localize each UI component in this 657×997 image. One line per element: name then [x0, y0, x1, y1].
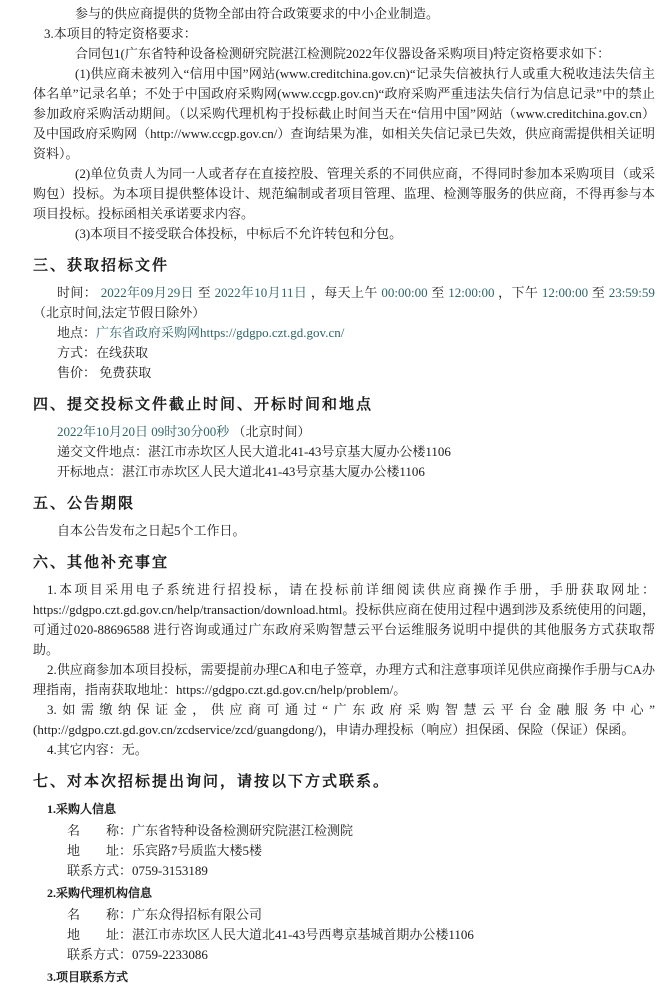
agency-name-value: 广东众得招标有限公司 — [132, 907, 262, 922]
section-title-inquiry-contacts: 七、对本次招标提出询问，请按以下方式联系。 — [33, 771, 655, 793]
obtain-place-value: 广东省政府采购网https://gdgpo.czt.gd.gov.cn/ — [96, 325, 344, 340]
phone-label: 联系方式： — [67, 947, 132, 962]
phone-label: 联系方式： — [67, 863, 132, 878]
obtain-price-line: 售价： 免费获取 — [33, 363, 655, 383]
submit-place-line: 递交文件地点：湛江市赤坎区人民大道北41-43号京基大厦办公楼1106 — [33, 442, 655, 462]
requirement-3-paragraph: (3)本项目不接受联合体投标，中标后不允许转包和分包。 — [33, 224, 655, 244]
purchaser-address-value: 乐宾路7号质监大楼5楼 — [132, 843, 262, 858]
am-end-time: 12:00:00 — [448, 285, 494, 300]
agency-phone-value: 0759-2233086 — [132, 947, 208, 962]
project-contact-heading: 3.项目联系方式 — [33, 967, 655, 987]
contract-package-line: 合同包1(广东省特种设备检测研究院湛江检测院2022年仪器设备采购项目)特定资格… — [33, 44, 655, 64]
time-label: 时间： — [57, 285, 101, 300]
name-label: 名 称： — [67, 907, 132, 922]
purchaser-phone-value: 0759-3153189 — [132, 863, 208, 878]
supplementary-item-3: 3.如需缴纳保证金，供应商可通过“广东政府采购智慧云平台金融服务中心”(http… — [33, 700, 655, 740]
purchaser-name-line: 名 称：广东省特种设备检测研究院湛江检测院 — [33, 821, 655, 841]
open-place-label: 开标地点： — [57, 464, 122, 479]
place-label: 地点： — [57, 325, 96, 340]
deadline-datetime: 2022年10月20日 09时30分00秒 — [57, 424, 229, 439]
requirement-1-paragraph: (1)供应商未被列入“信用中国”网站(www.creditchina.gov.c… — [33, 64, 655, 164]
section-title-supplementary-matters: 六、其他补充事宜 — [33, 552, 655, 574]
procurement-announcement-page: 参与的供应商提供的货物全部由符合政策要求的中小企业制造。 3.本项目的特定资格要… — [0, 0, 657, 997]
pm-end-time: 23:59:59 — [609, 285, 655, 300]
qualification-item-3: 3.本项目的特定资格要求： — [33, 24, 655, 44]
agency-address-value: 湛江市赤坎区人民大道北41-43号西粤京基城首期办公楼1106 — [132, 927, 474, 942]
agency-info-heading: 2.采购代理机构信息 — [33, 883, 655, 903]
open-place-line: 开标地点：湛江市赤坎区人民大道北41-43号京基大厦办公楼1106 — [33, 462, 655, 482]
agency-phone-line: 联系方式：0759-2233086 — [33, 945, 655, 965]
deadline-timezone-note: （北京时间） — [229, 424, 310, 439]
purchaser-phone-line: 联系方式：0759-3153189 — [33, 861, 655, 881]
submit-place-label: 递交文件地点： — [57, 444, 148, 459]
pm-start-time: 12:00:00 — [542, 285, 588, 300]
agency-name-line: 名 称：广东众得招标有限公司 — [33, 905, 655, 925]
section-title-announcement-period: 五、公告期限 — [33, 493, 655, 515]
section-title-submission-deadline: 四、提交投标文件截止时间、开标时间和地点 — [33, 394, 655, 416]
method-label: 方式： — [57, 345, 96, 360]
purchaser-info-heading: 1.采购人信息 — [33, 799, 655, 819]
address-label: 地 址： — [67, 927, 132, 942]
section-title-obtain-documents: 三、获取招标文件 — [33, 255, 655, 277]
obtain-method-line: 方式：在线获取 — [33, 343, 655, 363]
price-label: 售价： — [57, 365, 99, 380]
beijing-time-note: （北京时间,法定节假日除外） — [33, 305, 205, 320]
open-place-value: 湛江市赤坎区人民大道北41-43号京基大厦办公楼1106 — [122, 464, 425, 479]
agency-address-line: 地 址：湛江市赤坎区人民大道北41-43号西粤京基城首期办公楼1106 — [33, 925, 655, 945]
supplementary-item-2: 2.供应商参加本项目投标，需要提前办理CA和电子签章，办理方式和注意事项详见供应… — [33, 660, 655, 700]
purchaser-address-line: 地 址：乐宾路7号质监大楼5楼 — [33, 841, 655, 861]
submit-place-value: 湛江市赤坎区人民大道北41-43号京基大厦办公楼1106 — [148, 444, 451, 459]
name-label: 名 称： — [67, 823, 132, 838]
obtain-start-date: 2022年09月29日 — [101, 285, 194, 300]
purchaser-name-value: 广东省特种设备检测研究院湛江检测院 — [132, 823, 353, 838]
obtain-price-value: 免费获取 — [99, 365, 151, 380]
am-start-time: 00:00:00 — [381, 285, 427, 300]
obtain-time-line: 时间： 2022年09月29日 至 2022年10月11日 ，每天上午 00:0… — [33, 283, 655, 323]
deadline-line: 2022年10月20日 09时30分00秒 （北京时间） — [33, 422, 655, 442]
requirement-2-paragraph: (2)单位负责人为同一人或者存在直接控股、管理关系的不同供应商，不得同时参加本采… — [33, 164, 655, 224]
supplementary-item-1: 1.本项目采用电子系统进行招投标，请在投标前详细阅读供应商操作手册，手册获取网址… — [33, 580, 655, 660]
announcement-period-body: 自本公告发布之日起5个工作日。 — [33, 521, 655, 541]
intro-continuation-line: 参与的供应商提供的货物全部由符合政策要求的中小企业制造。 — [33, 4, 655, 24]
supplementary-item-4: 4.其它内容：无。 — [33, 740, 655, 760]
address-label: 地 址： — [67, 843, 132, 858]
obtain-end-date: 2022年10月11日 — [215, 285, 308, 300]
obtain-method-value: 在线获取 — [96, 345, 148, 360]
obtain-place-line: 地点：广东省政府采购网https://gdgpo.czt.gd.gov.cn/ — [33, 323, 655, 343]
